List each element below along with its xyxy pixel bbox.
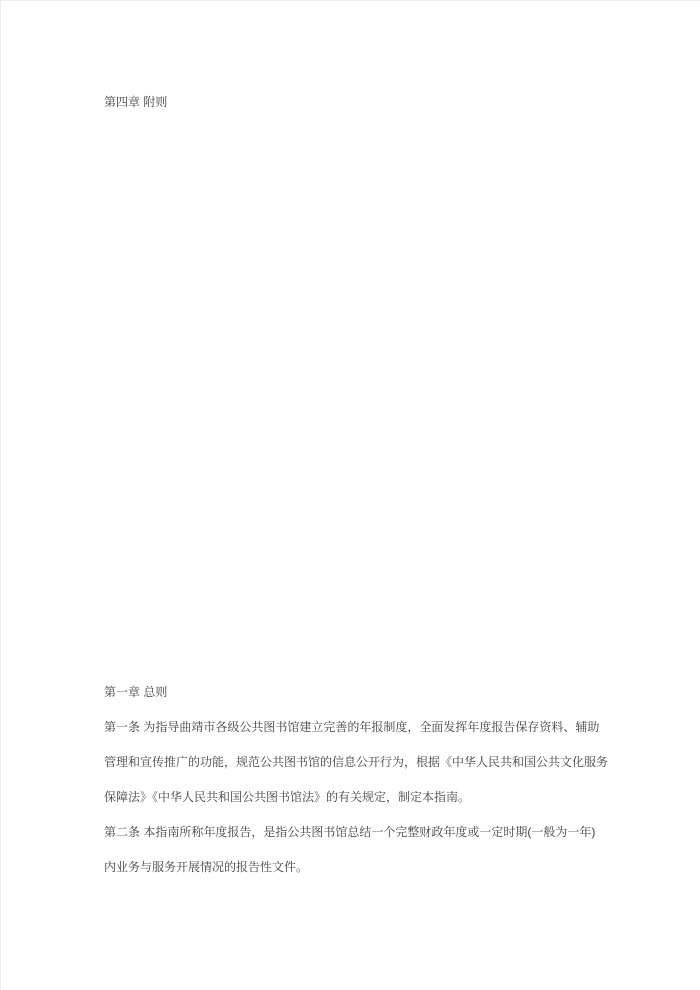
chapter-4-heading: 第四章 附则 xyxy=(104,85,167,120)
article-2-line-2: 内业务与服务开展情况的报告性文件。 xyxy=(104,850,660,885)
article-1-line-2: 管理和宣传推广的功能，规范公共图书馆的信息公开行为，根据《中华人民共和国公共文化… xyxy=(104,745,660,780)
document-page: 第四章 附则 第一章 总则 第一条 为指导曲靖市各级公共图书馆建立完善的年报制度… xyxy=(0,0,700,990)
chapter-1-section: 第一章 总则 第一条 为指导曲靖市各级公共图书馆建立完善的年报制度，全面发挥年度… xyxy=(104,675,660,885)
article-2-line-1: 第二条 本指南所称年度报告，是指公共图书馆总结一个完整财政年度或一定时期(一般为… xyxy=(104,815,660,850)
chapter-1-heading: 第一章 总则 xyxy=(104,675,660,710)
article-1-line-3: 保障法》《中华人民共和国公共图书馆法》的有关规定，制定本指南。 xyxy=(104,780,660,815)
article-1-line-1: 第一条 为指导曲靖市各级公共图书馆建立完善的年报制度，全面发挥年度报告保存资料、… xyxy=(104,710,660,745)
